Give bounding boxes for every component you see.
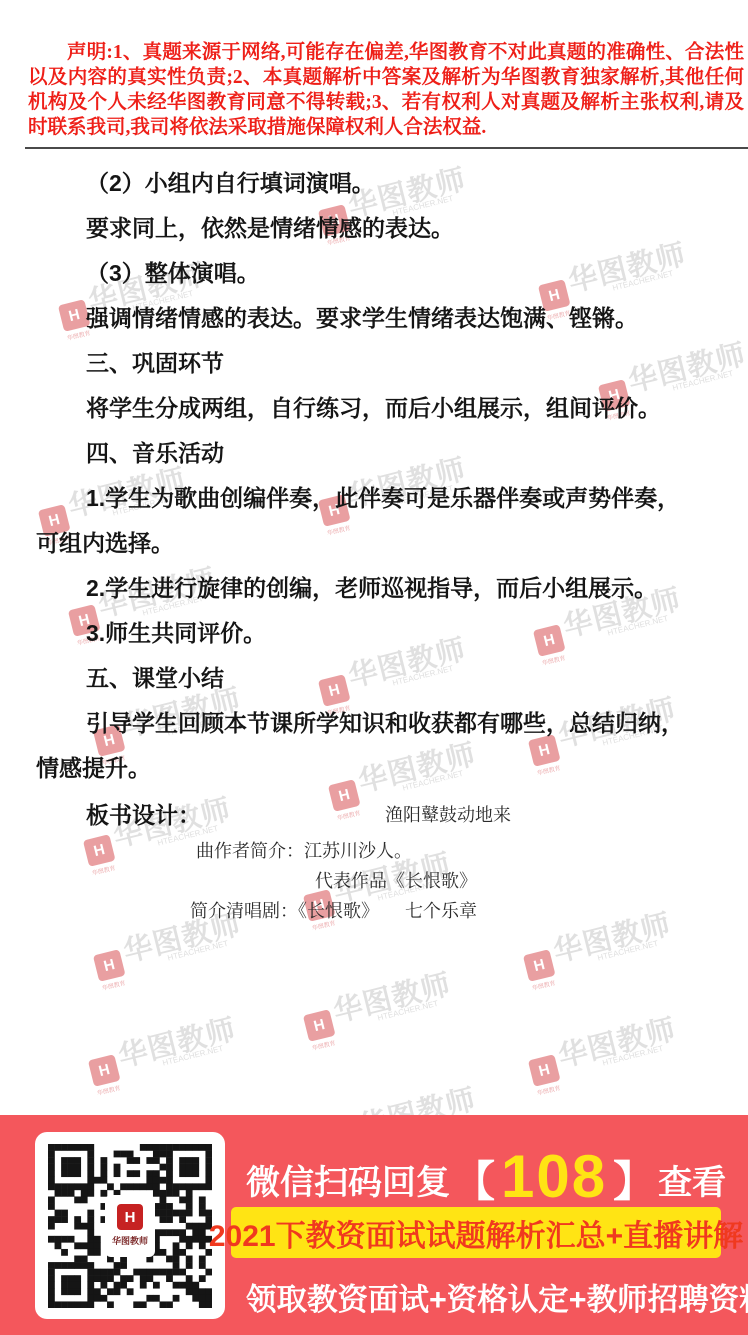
body-line: 要求同上，依然是情绪情感的表达。 bbox=[0, 206, 748, 251]
document-content: 声明:1、真题来源于网络,可能存在偏差,华图教育不对此真题的准确性、合法性以及内… bbox=[0, 40, 748, 926]
board-line-oratorio: 简介清唱剧：《长恨歌》七个乐章 bbox=[0, 896, 748, 926]
disclaimer-body: 1、真题来源于网络,可能存在偏差,华图教育不对此真题的准确性、合法性以及内容的真… bbox=[28, 42, 744, 138]
promo-highlight-box: 2021下教资面试试题解析汇总+直播讲解 bbox=[231, 1207, 721, 1258]
body-line: 情感提升。 bbox=[0, 746, 748, 791]
board-line-works: 代表作品《长恨歌》 bbox=[0, 866, 748, 896]
scan-prefix: 微信扫码回复 bbox=[246, 1155, 450, 1204]
huatu-watermark: H华图教育华图教师HTEACHER.NET bbox=[523, 1003, 688, 1117]
section-heading: 五、课堂小结 bbox=[0, 656, 748, 701]
huatu-watermark-domain: HTEACHER.NET bbox=[597, 939, 660, 963]
board-design-row: 板书设计： 渔阳鼙鼓动地来 bbox=[0, 791, 748, 836]
lesson-plan-body: （2）小组内自行填词演唱。要求同上，依然是情绪情感的表达。（3）整体演唱。强调情… bbox=[0, 161, 748, 791]
bracket-open: 【 bbox=[453, 1149, 495, 1209]
huatu-watermark-logo-icon: H bbox=[88, 1054, 121, 1087]
body-line: 3.师生共同评价。 bbox=[0, 611, 748, 656]
board-line-oratorio-right: 七个乐章 bbox=[405, 901, 477, 921]
huatu-logo-icon: H bbox=[117, 1204, 143, 1230]
body-line: 可组内选择。 bbox=[0, 521, 748, 566]
huatu-watermark-brand: 华图教师 bbox=[554, 1007, 680, 1076]
scan-suffix: 查看 bbox=[658, 1155, 726, 1204]
huatu-brand-label: 华图教师 bbox=[112, 1234, 148, 1247]
huatu-watermark: H华图教育华图教师HTEACHER.NET bbox=[298, 958, 463, 1072]
huatu-watermark-brand: 华图教师 bbox=[329, 962, 455, 1031]
huatu-watermark-logo-icon: H bbox=[523, 949, 556, 982]
huatu-watermark-domain: HTEACHER.NET bbox=[602, 1044, 665, 1068]
huatu-watermark-logo-icon: H bbox=[528, 1054, 561, 1087]
body-line: 1.学生为歌曲创编伴奏，此伴奏可是乐器伴奏或声势伴奏， bbox=[0, 476, 748, 521]
huatu-watermark-logo-sub: 华图教育 bbox=[311, 1038, 336, 1053]
huatu-watermark: H华图教育华图教师HTEACHER.NET bbox=[83, 1003, 248, 1117]
section-heading: 三、巩固环节 bbox=[0, 341, 748, 386]
body-line: （3）整体演唱。 bbox=[0, 251, 748, 296]
body-line: （2）小组内自行填词演唱。 bbox=[0, 161, 748, 206]
huatu-watermark-logo-sub: 华图教育 bbox=[531, 978, 556, 993]
section-heading: 四、音乐活动 bbox=[0, 431, 748, 476]
promo-materials-line: 领取教资面试+资格认定+教师招聘资料 bbox=[246, 1275, 748, 1319]
bracket-close: 】 bbox=[613, 1149, 655, 1209]
body-line: 强调情绪情感的表达。要求学生情绪表达饱满、铿锵。 bbox=[0, 296, 748, 341]
promo-banner: H 华图教师 微信扫码回复【108】查看 2021下教资面试试题解析汇总+直播讲… bbox=[0, 1115, 748, 1335]
board-line-composer: 曲作者简介：江苏川沙人。 bbox=[0, 836, 748, 866]
body-line: 2.学生进行旋律的创编，老师巡视指导，而后小组展示。 bbox=[0, 566, 748, 611]
qr-center-logo: H 华图教师 bbox=[105, 1195, 155, 1257]
disclaimer-prefix: 声明: bbox=[67, 42, 113, 63]
body-line: 将学生分成两组，自行练习，而后小组展示，组间评价。 bbox=[0, 386, 748, 431]
wechat-scan-line: 微信扫码回复【108】查看 bbox=[246, 1145, 726, 1213]
reply-code: 108 bbox=[501, 1142, 607, 1211]
disclaimer-text: 声明:1、真题来源于网络,可能存在偏差,华图教育不对此真题的准确性、合法性以及内… bbox=[28, 40, 744, 140]
body-line: 引导学生回顾本节课所学知识和收获都有哪些，总结归纳， bbox=[0, 701, 748, 746]
huatu-watermark-brand: 华图教师 bbox=[114, 1007, 240, 1076]
board-line-oratorio-left: 简介清唱剧：《长恨歌》 bbox=[190, 901, 379, 921]
huatu-watermark-logo-icon: H bbox=[303, 1009, 336, 1042]
divider-line bbox=[25, 147, 748, 149]
huatu-watermark-logo-sub: 华图教育 bbox=[96, 1083, 121, 1098]
qr-code-card: H 华图教师 bbox=[35, 1132, 225, 1319]
document-page: H华图教育华图教师HTEACHER.NETH华图教育华图教师HTEACHER.N… bbox=[0, 0, 748, 1335]
huatu-watermark-logo-icon: H bbox=[93, 949, 126, 982]
huatu-watermark-logo-sub: 华图教育 bbox=[101, 978, 126, 993]
huatu-watermark-logo-sub: 华图教育 bbox=[536, 1083, 561, 1098]
board-design-label: 板书设计： bbox=[0, 797, 201, 830]
huatu-watermark-domain: HTEACHER.NET bbox=[167, 939, 230, 963]
huatu-watermark-domain: HTEACHER.NET bbox=[162, 1044, 225, 1068]
board-design-section: 板书设计： 渔阳鼙鼓动地来 曲作者简介：江苏川沙人。 代表作品《长恨歌》 简介清… bbox=[0, 791, 748, 926]
board-title: 渔阳鼙鼓动地来 bbox=[385, 801, 511, 827]
huatu-watermark-domain: HTEACHER.NET bbox=[377, 999, 440, 1023]
huatu-logo-glyph: H bbox=[125, 1209, 136, 1226]
